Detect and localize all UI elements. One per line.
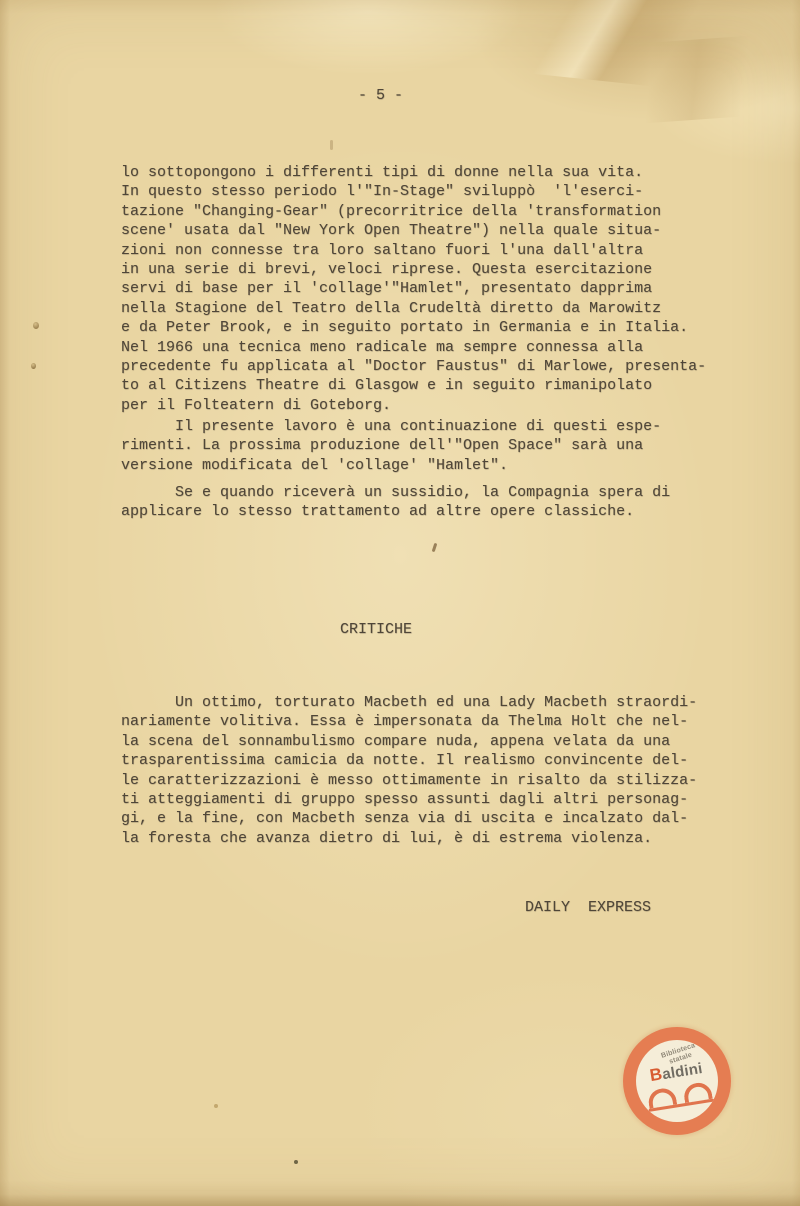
document-page: - 5 - lo sottopongono i differenti tipi … <box>0 0 800 1206</box>
section-heading-critiche: CRITICHE <box>340 620 412 639</box>
paper-speck <box>31 363 36 369</box>
page-number: - 5 - <box>358 86 403 105</box>
paper-speck <box>294 1160 298 1164</box>
paper-crease <box>558 31 800 129</box>
paper-speck <box>432 543 438 552</box>
body-paragraph-3: Se e quando riceverà un sussidio, la Com… <box>121 483 670 522</box>
attribution-daily-express: DAILY EXPRESS <box>525 898 651 917</box>
body-paragraph-1: lo sottopongono i differenti tipi di don… <box>121 163 706 415</box>
paper-speck <box>33 322 39 329</box>
library-stamp: Biblioteca statale Baldini <box>623 1027 731 1135</box>
paper-speck <box>330 140 333 150</box>
paper-speck <box>214 1104 218 1108</box>
review-paragraph: Un ottimo, torturato Macbeth ed una Lady… <box>121 693 697 848</box>
paper-crease <box>426 0 764 97</box>
body-paragraph-2: Il presente lavoro è una continuazione d… <box>121 417 661 475</box>
library-stamp-inner: Biblioteca statale Baldini <box>636 1040 718 1122</box>
